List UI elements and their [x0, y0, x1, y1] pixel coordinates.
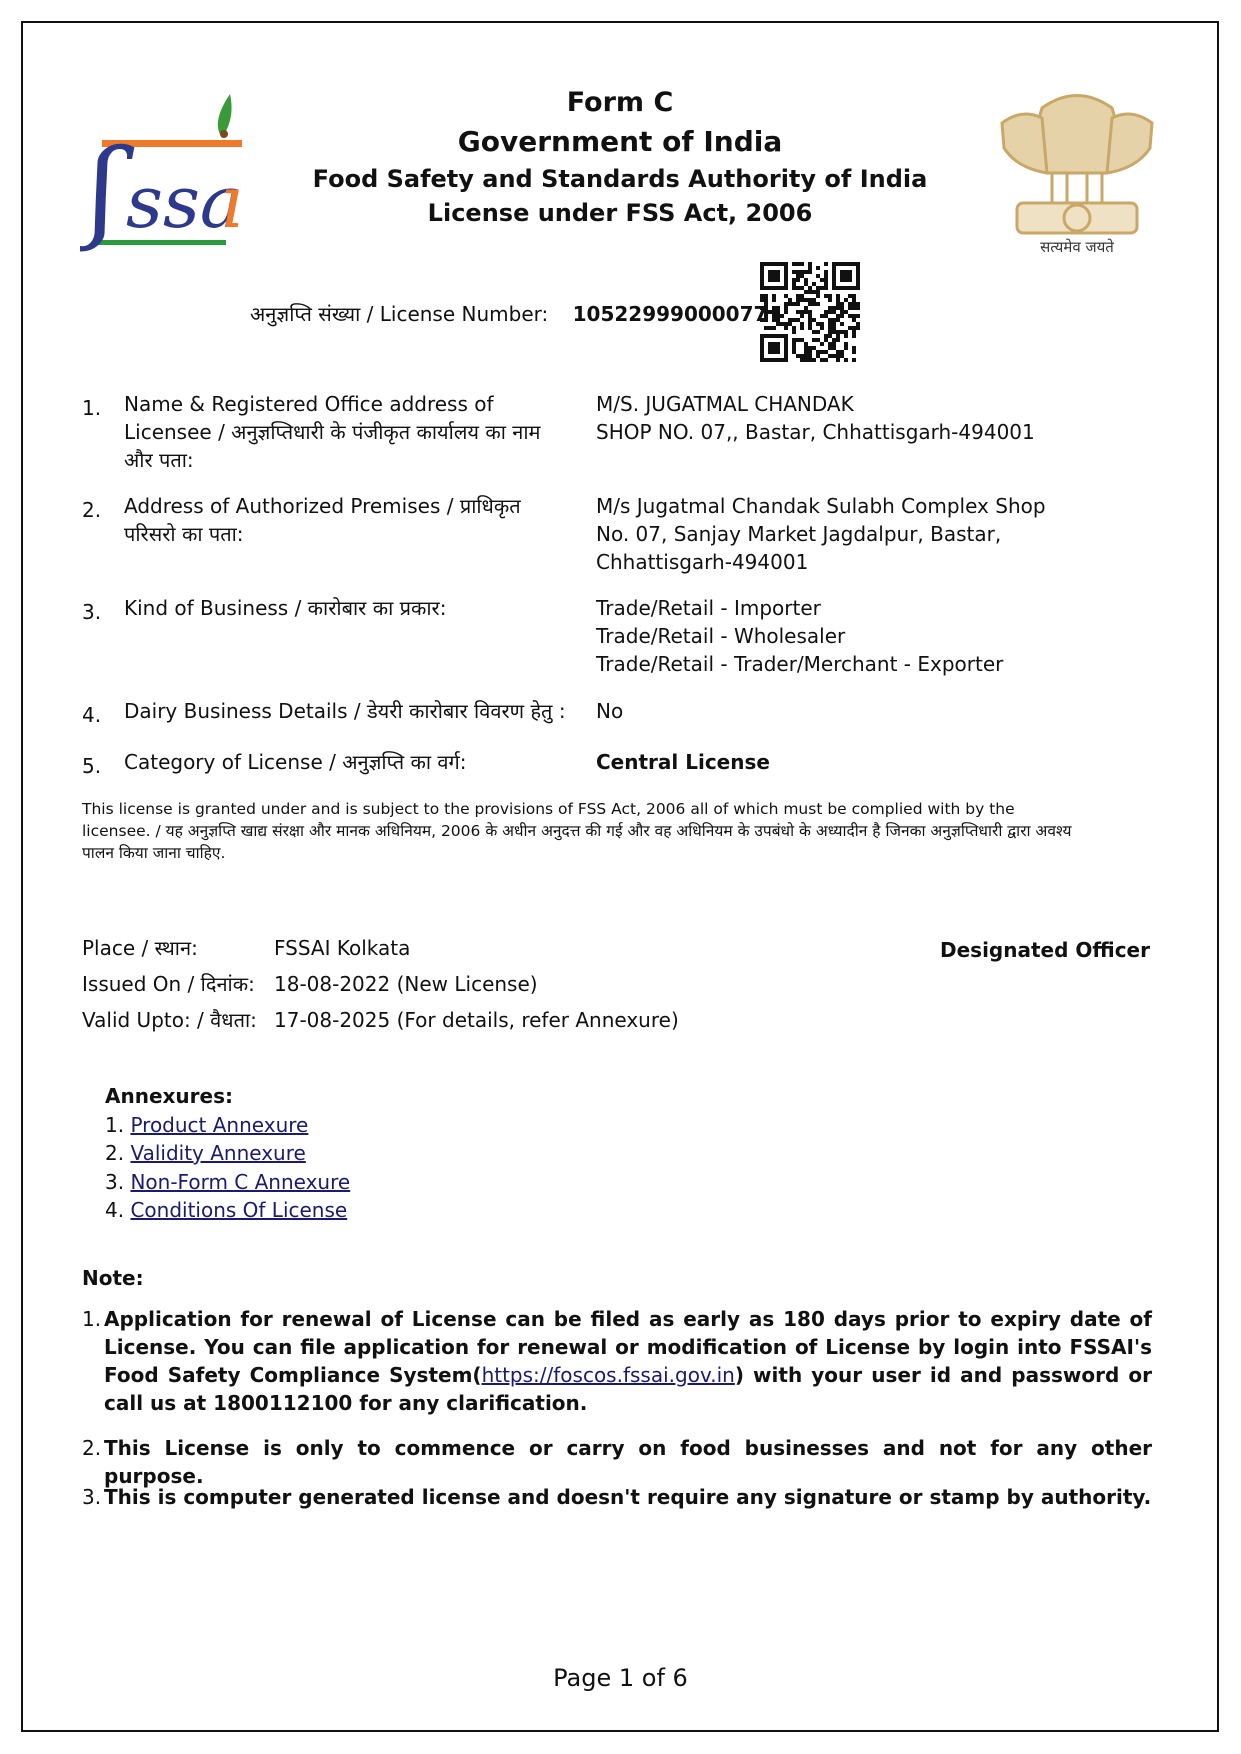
issued-label: Issued On / दिनांक:: [82, 970, 274, 998]
item-premises-address: 2. Address of Authorized Premises / प्रा…: [82, 492, 1182, 582]
note-title: Note:: [82, 1266, 144, 1290]
item-value: Central License: [596, 748, 1076, 776]
government-title: Government of India: [300, 122, 940, 162]
item-label: Dairy Business Details / डेयरी कारोबार व…: [124, 697, 594, 725]
page-number: Page 1 of 6: [0, 1664, 1241, 1692]
form-title: Form C: [300, 84, 940, 122]
fssai-logo: ʃ ssa ı: [80, 82, 252, 252]
license-number-label: अनुज्ञप्ति संख्या / License Number:: [250, 302, 548, 326]
license-number-value: 10522999000077: [573, 302, 768, 326]
grant-statement: This license is granted under and is sub…: [82, 798, 1082, 864]
foscos-link[interactable]: https://foscos.fssai.gov.in: [482, 1363, 735, 1387]
national-emblem-icon: सत्यमेव जयते: [982, 78, 1172, 256]
item-licensee-name: 1. Name & Registered Office address of L…: [82, 390, 1182, 480]
product-annexure-link[interactable]: Product Annexure: [130, 1113, 308, 1137]
item-number: 1.: [82, 394, 101, 422]
item-label: Category of License / अनुज्ञप्ति का वर्ग…: [124, 748, 564, 776]
item-value: M/s Jugatmal Chandak Sulabh Complex Shop…: [596, 492, 1076, 576]
item-value: M/S. JUGATMAL CHANDAK SHOP NO. 07,, Bast…: [596, 390, 1076, 446]
item-number: 3.: [82, 598, 101, 626]
issued-row: Issued On / दिनांक:18-08-2022 (New Licen…: [82, 970, 538, 998]
item-label: Name & Registered Office address of Lice…: [124, 390, 564, 474]
svg-text:ı: ı: [220, 160, 243, 244]
item-number: 4.: [82, 701, 101, 729]
item-number: 5.: [82, 752, 101, 780]
item-label: Kind of Business / कारोबार का प्रकार:: [124, 594, 564, 622]
item-value: Trade/Retail - Importer Trade/Retail - W…: [596, 594, 1076, 678]
license-number-row: अनुज्ञप्ति संख्या / License Number: 1052…: [250, 300, 767, 327]
item-license-category: 5. Category of License / अनुज्ञप्ति का व…: [82, 748, 1182, 780]
valid-row: Valid Upto: / वैधता:17-08-2025 (For deta…: [82, 1006, 679, 1034]
item-label: Address of Authorized Premises / प्राधिक…: [124, 492, 564, 548]
place-label: Place / स्थान:: [82, 934, 274, 962]
qr-code-icon: [760, 262, 860, 362]
item-number: 2.: [82, 496, 101, 524]
annexures-list: Annexures: 1. Product Annexure 2. Validi…: [105, 1082, 350, 1225]
conditions-of-license-link[interactable]: Conditions Of License: [130, 1198, 347, 1222]
annexures-title: Annexures:: [105, 1082, 350, 1111]
item-value: No: [596, 697, 1076, 725]
place-value: FSSAI Kolkata: [274, 936, 410, 960]
note-item-purpose: 2. This License is only to commence or c…: [82, 1434, 1152, 1490]
designated-officer: Designated Officer: [940, 938, 1150, 962]
document-header: Form C Government of India Food Safety a…: [300, 84, 940, 230]
note-item-computer-generated: 3. This is computer generated license an…: [82, 1483, 1152, 1511]
item-kind-of-business: 3. Kind of Business / कारोबार का प्रकार:…: [82, 594, 1182, 684]
valid-value: 17-08-2025 (For details, refer Annexure): [274, 1008, 679, 1032]
non-form-c-annexure-link[interactable]: Non-Form C Annexure: [130, 1170, 350, 1194]
item-dairy-business: 4. Dairy Business Details / डेयरी कारोबा…: [82, 697, 1182, 729]
authority-title: Food Safety and Standards Authority of I…: [300, 162, 940, 196]
valid-label: Valid Upto: / वैधता:: [82, 1006, 274, 1034]
note-item-renewal: 1. Application for renewal of License ca…: [82, 1305, 1152, 1417]
emblem-motto: सत्यमेव जयते: [1040, 238, 1114, 256]
place-row: Place / स्थान:FSSAI Kolkata: [82, 934, 410, 962]
act-title: License under FSS Act, 2006: [300, 196, 940, 230]
validity-annexure-link[interactable]: Validity Annexure: [130, 1141, 305, 1165]
issued-value: 18-08-2022 (New License): [274, 972, 538, 996]
